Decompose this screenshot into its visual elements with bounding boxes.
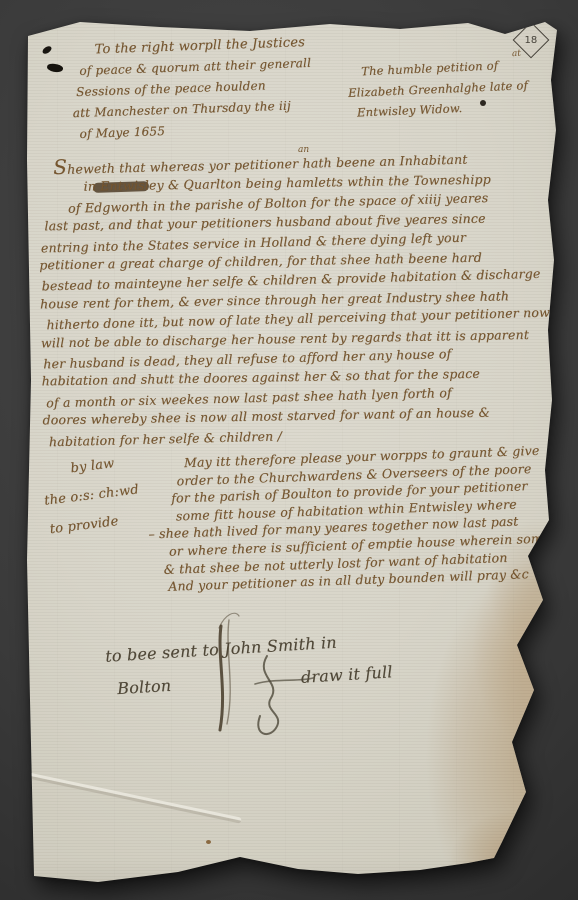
manuscript-paper: 18 To the right worpll the Justices of p… — [0, 0, 578, 900]
folio-number: 18 — [525, 34, 538, 45]
interlinear-insertion: at — [512, 49, 522, 60]
stain-dot — [206, 840, 211, 844]
docket-note: to bee sent to John Smith in Bolton draw… — [105, 629, 393, 699]
photo-background: 18 To the right worpll the Justices of p… — [0, 0, 578, 900]
petitioner-block: The humble petition of Elizabeth Greenha… — [347, 54, 530, 123]
petition-body: Sheweth that whereas yor petitioner hath… — [37, 147, 553, 451]
wormhole-mark — [41, 45, 53, 56]
paper-crease — [25, 772, 241, 824]
docket-instruction: draw it full — [300, 662, 393, 688]
docket-place: Bolton — [117, 676, 172, 699]
prayer-clause: May itt therefore please your worpps to … — [146, 441, 576, 597]
paper-shadow: 18 To the right worpll the Justices of p… — [0, 0, 578, 900]
margin-note: by law the o:s: ch:wd to provide — [39, 447, 144, 545]
address-heading: To the right worpll the Justices of peac… — [70, 32, 313, 145]
wormhole-mark — [46, 62, 63, 73]
